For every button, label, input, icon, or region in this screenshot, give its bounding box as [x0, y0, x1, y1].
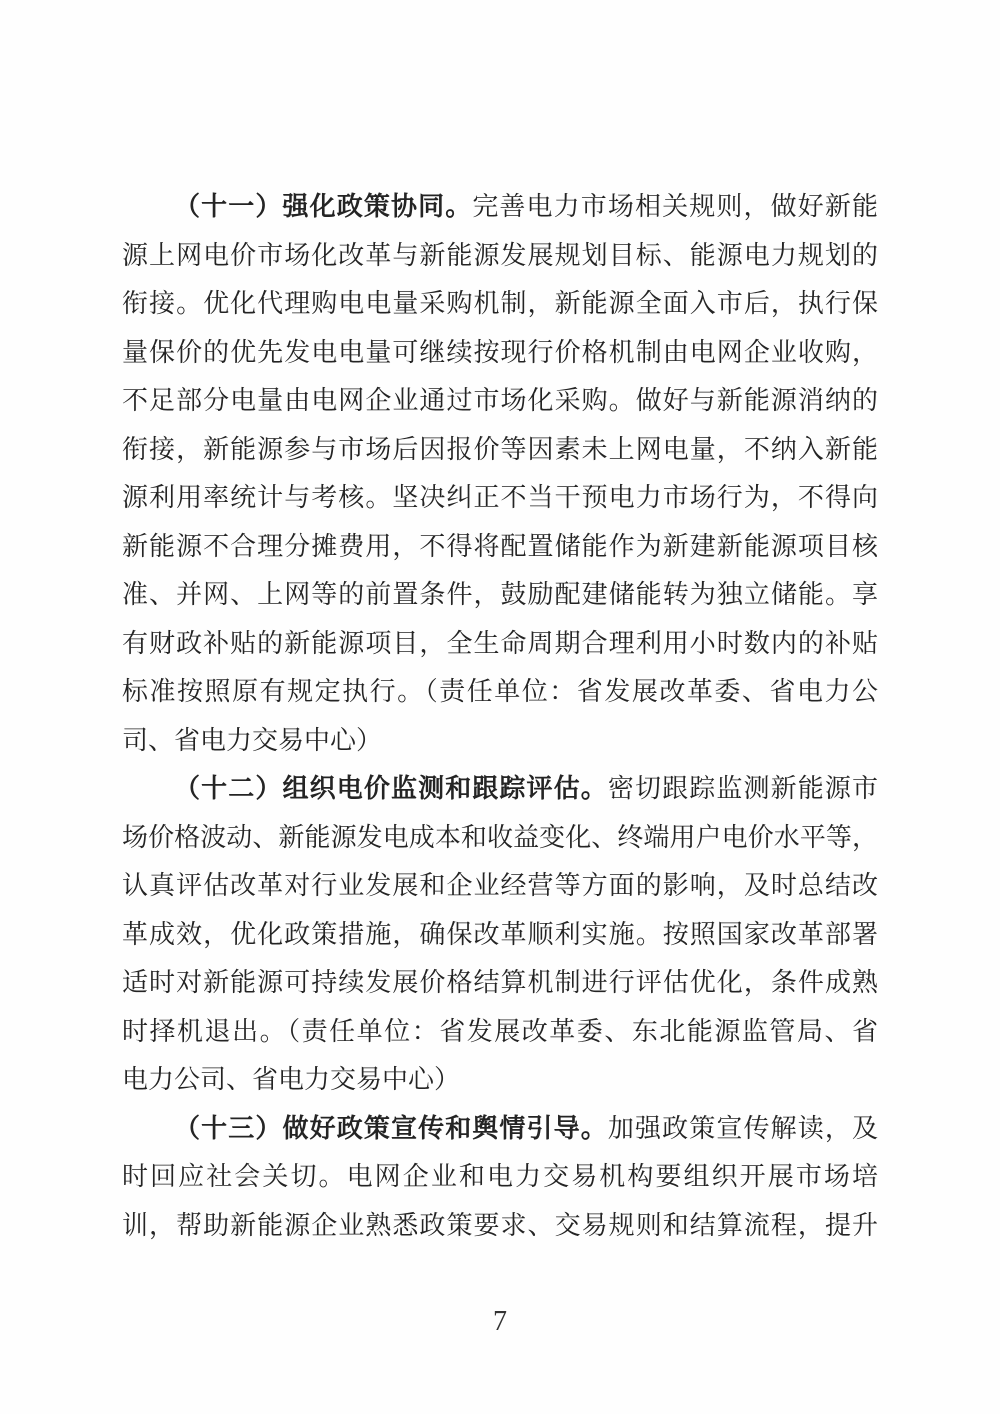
text-line: 适时对新能源可持续发展价格结算机制进行评估优化，条件成熟	[122, 959, 878, 1008]
body-text: 衔接。优化代理购电电量采购机制，新能源全面入市后，执行保	[122, 289, 878, 318]
text-line: 认真评估改革对行业发展和企业经营等方面的影响，及时总结改	[122, 862, 878, 911]
text-line: （十一）强化政策协同。完善电力市场相关规则，做好新能	[122, 183, 878, 232]
text-line: 司、省电力交易中心）	[122, 717, 878, 766]
body-text: 电力公司、省电力交易中心）	[122, 1065, 460, 1094]
text-line: 源上网电价市场化改革与新能源发展规划目标、能源电力规划的	[122, 232, 878, 281]
body-text: 司、省电力交易中心）	[122, 726, 382, 755]
body-text: 训，帮助新能源企业熟悉政策要求、交易规则和结算流程，提升	[122, 1211, 878, 1240]
section-heading: （十三）做好政策宣传和舆情引导。	[174, 1114, 608, 1143]
text-line: 时回应社会关切。电网企业和电力交易机构要组织开展市场培	[122, 1153, 878, 1202]
body-text: 革成效，优化政策措施，确保改革顺利实施。按照国家改革部署	[122, 920, 878, 949]
text-line: 衔接，新能源参与市场后因报价等因素未上网电量，不纳入新能	[122, 426, 878, 475]
section-heading: （十二）组织电价监测和跟踪评估。	[174, 774, 608, 803]
body-text: 不足部分电量由电网企业通过市场化采购。做好与新能源消纳的	[122, 386, 878, 415]
document-text-block: （十一）强化政策协同。完善电力市场相关规则，做好新能源上网电价市场化改革与新能源…	[122, 183, 878, 1250]
body-text: 量保价的优先发电电量可继续按现行价格机制由电网企业收购，	[122, 338, 878, 367]
body-text: 时择机退出。（责任单位：省发展改革委、东北能源监管局、省	[122, 1017, 878, 1046]
text-line: 衔接。优化代理购电电量采购机制，新能源全面入市后，执行保	[122, 280, 878, 329]
section-heading: （十一）强化政策协同。	[174, 192, 472, 221]
document-page: （十一）强化政策协同。完善电力市场相关规则，做好新能源上网电价市场化改革与新能源…	[0, 0, 1000, 1414]
paragraph: （十三）做好政策宣传和舆情引导。加强政策宣传解读，及时回应社会关切。电网企业和电…	[122, 1105, 878, 1251]
body-text: 完善电力市场相关规则，做好新能	[472, 192, 878, 221]
text-line: 时择机退出。（责任单位：省发展改革委、东北能源监管局、省	[122, 1008, 878, 1057]
text-line: 不足部分电量由电网企业通过市场化采购。做好与新能源消纳的	[122, 377, 878, 426]
body-text: 新能源不合理分摊费用，不得将配置储能作为新建新能源项目核	[122, 532, 878, 561]
text-line: （十三）做好政策宣传和舆情引导。加强政策宣传解读，及	[122, 1105, 878, 1154]
text-line: （十二）组织电价监测和跟踪评估。密切跟踪监测新能源市	[122, 765, 878, 814]
paragraph: （十二）组织电价监测和跟踪评估。密切跟踪监测新能源市场价格波动、新能源发电成本和…	[122, 765, 878, 1105]
text-line: 电力公司、省电力交易中心）	[122, 1056, 878, 1105]
text-line: 训，帮助新能源企业熟悉政策要求、交易规则和结算流程，提升	[122, 1202, 878, 1251]
text-line: 新能源不合理分摊费用，不得将配置储能作为新建新能源项目核	[122, 523, 878, 572]
body-text: 衔接，新能源参与市场后因报价等因素未上网电量，不纳入新能	[122, 435, 878, 464]
text-line: 革成效，优化政策措施，确保改革顺利实施。按照国家改革部署	[122, 911, 878, 960]
text-line: 有财政补贴的新能源项目，全生命周期合理利用小时数内的补贴	[122, 620, 878, 669]
body-text: 有财政补贴的新能源项目，全生命周期合理利用小时数内的补贴	[122, 629, 878, 658]
body-text: 源上网电价市场化改革与新能源发展规划目标、能源电力规划的	[122, 241, 878, 270]
body-text: 源利用率统计与考核。坚决纠正不当干预电力市场行为，不得向	[122, 483, 878, 512]
paragraph: （十一）强化政策协同。完善电力市场相关规则，做好新能源上网电价市场化改革与新能源…	[122, 183, 878, 765]
text-line: 源利用率统计与考核。坚决纠正不当干预电力市场行为，不得向	[122, 474, 878, 523]
body-text: 密切跟踪监测新能源市	[608, 774, 878, 803]
body-text: 标准按照原有规定执行。（责任单位：省发展改革委、省电力公	[122, 677, 878, 706]
body-text: 时回应社会关切。电网企业和电力交易机构要组织开展市场培	[122, 1162, 878, 1191]
body-text: 加强政策宣传解读，及	[608, 1114, 878, 1143]
text-line: 准、并网、上网等的前置条件，鼓励配建储能转为独立储能。享	[122, 571, 878, 620]
page-number: 7	[0, 1305, 1000, 1339]
body-text: 适时对新能源可持续发展价格结算机制进行评估优化，条件成熟	[122, 968, 878, 997]
text-line: 量保价的优先发电电量可继续按现行价格机制由电网企业收购，	[122, 329, 878, 378]
body-text: 准、并网、上网等的前置条件，鼓励配建储能转为独立储能。享	[122, 580, 878, 609]
text-line: 标准按照原有规定执行。（责任单位：省发展改革委、省电力公	[122, 668, 878, 717]
body-text: 认真评估改革对行业发展和企业经营等方面的影响，及时总结改	[122, 871, 878, 900]
text-line: 场价格波动、新能源发电成本和收益变化、终端用户电价水平等，	[122, 814, 878, 863]
body-text: 场价格波动、新能源发电成本和收益变化、终端用户电价水平等，	[122, 823, 878, 852]
